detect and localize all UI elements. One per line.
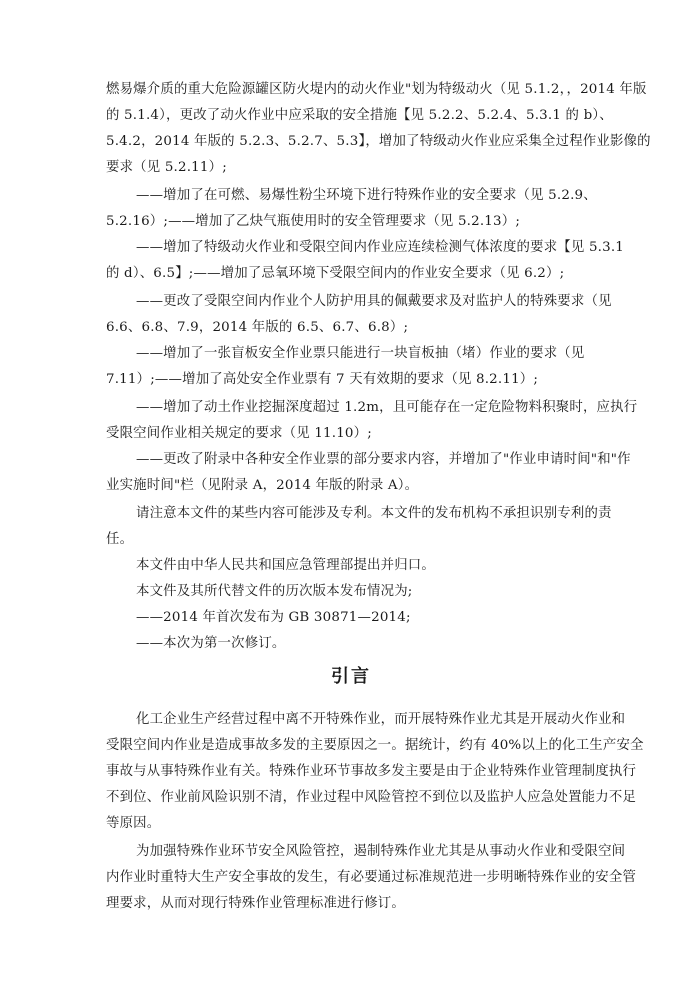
paragraph-line: 请注意本文件的某些内容可能涉及专利。本文件的发布机构不承担识别专利的责 <box>136 504 612 524</box>
text-line: 等原因。 <box>106 814 160 834</box>
text-line: 7.11）;——增加了高处安全作业票有 7 天有效期的要求（见 8.2.11）; <box>106 370 538 390</box>
text-line: 的 5.1.4），更改了动火作业中应采取的安全措施【见 5.2.2、5.2.4、… <box>106 106 613 126</box>
text-line: 5.2.16）;——增加了乙炔气瓶使用时的安全管理要求（见 5.2.13）; <box>106 212 520 232</box>
text-line: 受限空间作业相关规定的要求（见 11.10）; <box>106 424 372 444</box>
text-line: 受限空间内作业是造成事故多发的主要原因之一。据统计，约有 40%以上的化工生产安… <box>106 736 644 756</box>
text-line: 任。 <box>106 530 133 550</box>
list-item: ——增加了动土作业挖掘深度超过 1.2m，且可能存在一定危险物料积聚时，应执行 <box>136 398 637 418</box>
text-line: 理要求，从而对现行特殊作业管理标准进行修订。 <box>106 894 405 914</box>
text-line: 事故与从事特殊作业有关。特殊作业环节事故多发主要是由于企业特殊作业管理制度执行 <box>106 762 636 782</box>
section-title: 引言 <box>106 662 596 688</box>
text-line: 的 d）、6.5】;——增加了忌氧环境下受限空间内的作业安全要求（见 6.2）; <box>106 264 564 284</box>
list-item: ——增加了特级动火作业和受限空间内作业应连续检测气体浓度的要求【见 5.3.1 <box>136 238 624 258</box>
text-line: 5.4.2，2014 年版的 5.2.3、5.2.7、5.3】，增加了特级动火作… <box>106 132 651 152</box>
list-item: ——更改了受限空间内作业个人防护用具的佩戴要求及对监护人的特殊要求（见 <box>136 292 612 312</box>
text-line: 6.6、6.8、7.9，2014 年版的 6.5、6.7、6.8）; <box>106 318 408 338</box>
text-line: 不到位、作业前风险识别不清，作业过程中风险管控不到位以及监护人应急处置能力不足 <box>106 788 636 808</box>
list-item: ——2014 年首次发布为 GB 30871—2014; <box>136 608 411 628</box>
text-line: 燃易爆介质的重大危险源罐区防火堤内的动火作业"划为特级动火（见 5.1.2，，2… <box>106 80 647 100</box>
list-item: ——增加了在可燃、易爆性粉尘环境下进行特殊作业的安全要求（见 5.2.9、 <box>136 186 597 206</box>
paragraph-line: 化工企业生产经营过程中离不开特殊作业，而开展特殊作业尤其是开展动火作业和 <box>136 710 625 730</box>
list-item: ——更改了附录中各种安全作业票的部分要求内容，并增加了"作业申请时间"和"作 <box>136 450 631 470</box>
paragraph-line: 本文件及其所代替文件的历次版本发布情况为; <box>136 582 413 602</box>
text-line: 业实施时间"栏（见附录 A，2014 年版的附录 A）。 <box>106 476 418 496</box>
list-item: ——本次为第一次修订。 <box>136 634 286 654</box>
text-line: 要求（见 5.2.11）; <box>106 158 227 178</box>
paragraph-line: 本文件由中华人民共和国应急管理部提出并归口。 <box>136 556 435 576</box>
list-item: ——增加了一张盲板安全作业票只能进行一块盲板抽（堵）作业的要求（见 <box>136 344 585 364</box>
text-line: 内作业时重特大生产安全事故的发生，有必要通过标准规范进一步明晰特殊作业的安全管 <box>106 868 636 888</box>
paragraph-line: 为加强特殊作业环节安全风险管控，遏制特殊作业尤其是从事动火作业和受限空间 <box>136 842 625 862</box>
